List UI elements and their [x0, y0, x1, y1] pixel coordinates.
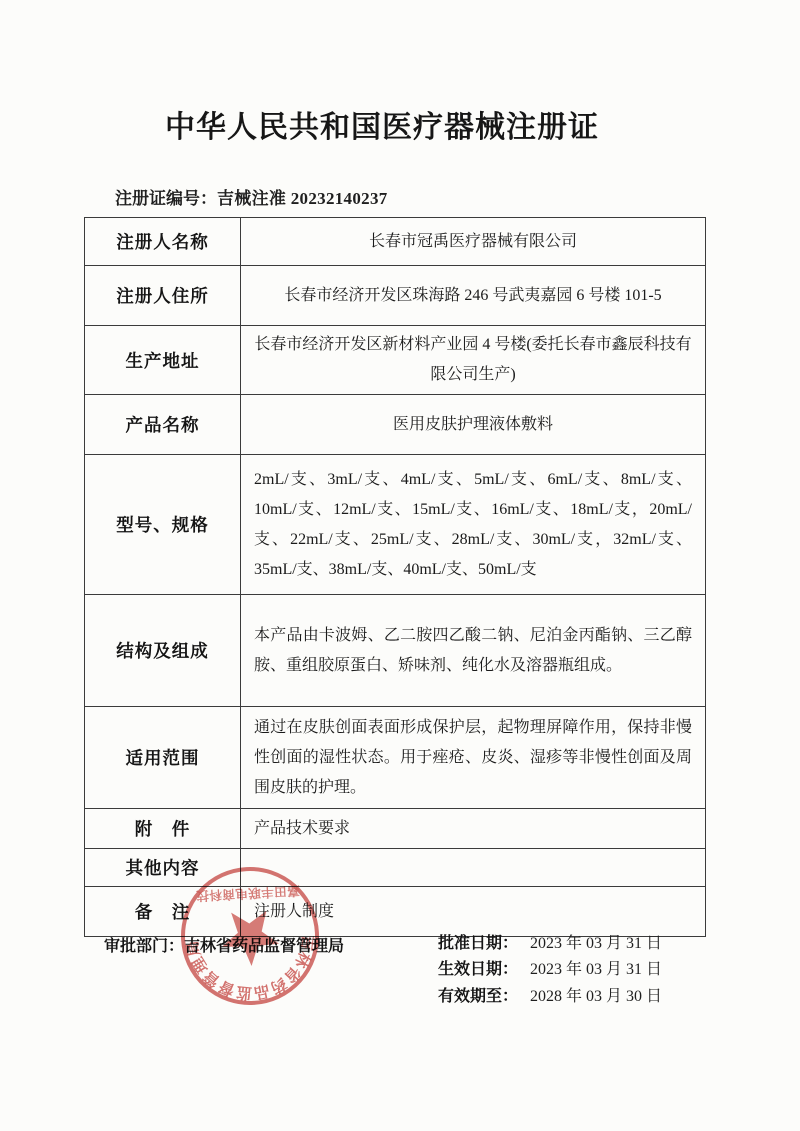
- effective-date-row: 生效日期： 2023 年 03 月 31 日: [438, 955, 662, 982]
- effective-date-value: 2023 年 03 月 31 日: [530, 956, 662, 979]
- table-row: 适用范围 通过在皮肤创面表面形成保护层，起物理屏障作用，保持非慢性创面的湿性状态…: [85, 707, 706, 809]
- table-row: 生产地址 长春市经济开发区新材料产业园 4 号楼(委托长春市鑫辰科技有限公司生产…: [85, 326, 706, 395]
- table-row: 产品名称 医用皮肤护理液体敷料: [85, 395, 706, 455]
- row-label: 注册人住所: [85, 266, 241, 326]
- approval-date-label: 批准日期：: [438, 930, 518, 953]
- table-row: 附 件 产品技术要求: [85, 809, 706, 849]
- row-label: 适用范围: [85, 707, 241, 809]
- row-label: 注册人名称: [85, 218, 241, 266]
- row-value: 本产品由卡波姆、乙二胺四乙酸二钠、尼泊金丙酯钠、三乙醇胺、重组胶原蛋白、矫味剂、…: [241, 595, 706, 707]
- row-value: 长春市冠禹医疗器械有限公司: [241, 218, 706, 266]
- row-value: 医用皮肤护理液体敷料: [241, 395, 706, 455]
- row-label: 生产地址: [85, 326, 241, 395]
- row-label: 结构及组成: [85, 595, 241, 707]
- expiry-date-label: 有效期至：: [438, 983, 518, 1006]
- effective-date-label: 生效日期：: [438, 956, 518, 979]
- approval-date-row: 批准日期： 2023 年 03 月 31 日: [438, 928, 662, 955]
- row-value: 产品技术要求: [241, 809, 706, 849]
- registration-number-line: 注册证编号：吉械注准 20232140237: [115, 184, 388, 209]
- expiry-date-row: 有效期至： 2028 年 03 月 30 日: [438, 981, 662, 1008]
- approval-department-label: 审批部门：: [104, 938, 184, 955]
- approval-date-value: 2023 年 03 月 31 日: [530, 930, 662, 953]
- registration-number-value: 吉械注准 20232140237: [217, 189, 388, 208]
- row-label: 附 件: [85, 809, 241, 849]
- table-row: 型号、规格 2mL/支、3mL/支、4mL/支、5mL/支、6mL/支、8mL/…: [85, 455, 706, 595]
- dates-block: 批准日期： 2023 年 03 月 31 日 生效日期： 2023 年 03 月…: [438, 928, 662, 1008]
- table-row: 结构及组成 本产品由卡波姆、乙二胺四乙酸二钠、尼泊金丙酯钠、三乙醇胺、重组胶原蛋…: [85, 595, 706, 707]
- row-value: [241, 849, 706, 887]
- row-value: 长春市经济开发区新材料产业园 4 号楼(委托长春市鑫辰科技有限公司生产): [241, 326, 706, 395]
- row-value: 长春市经济开发区珠海路 246 号武夷嘉园 6 号楼 101-5: [241, 266, 706, 326]
- table-row: 其他内容: [85, 849, 706, 887]
- approval-department-line: 审批部门：吉林省药品监督管理局: [104, 933, 344, 956]
- expiry-date-value: 2028 年 03 月 30 日: [530, 983, 662, 1006]
- approval-department-value: 吉林省药品监督管理局: [184, 938, 344, 955]
- registration-number-label: 注册证编号：: [115, 189, 217, 208]
- certificate-table: 注册人名称 长春市冠禹医疗器械有限公司 注册人住所 长春市经济开发区珠海路 24…: [84, 217, 706, 937]
- row-value: 通过在皮肤创面表面形成保护层，起物理屏障作用，保持非慢性创面的湿性状态。用于痤疮…: [241, 707, 706, 809]
- table-row: 注册人名称 长春市冠禹医疗器械有限公司: [85, 218, 706, 266]
- row-label: 型号、规格: [85, 455, 241, 595]
- certificate-page: 中华人民共和国医疗器械注册证 注册证编号：吉械注准 20232140237 注册…: [0, 0, 800, 1131]
- row-label: 产品名称: [85, 395, 241, 455]
- row-value: 2mL/支、3mL/支、4mL/支、5mL/支、6mL/支、8mL/支、10mL…: [241, 455, 706, 595]
- row-label: 备 注: [85, 887, 241, 937]
- document-title: 中华人民共和国医疗器械注册证: [0, 102, 782, 146]
- row-label: 其他内容: [85, 849, 241, 887]
- table-row: 注册人住所 长春市经济开发区珠海路 246 号武夷嘉园 6 号楼 101-5: [85, 266, 706, 326]
